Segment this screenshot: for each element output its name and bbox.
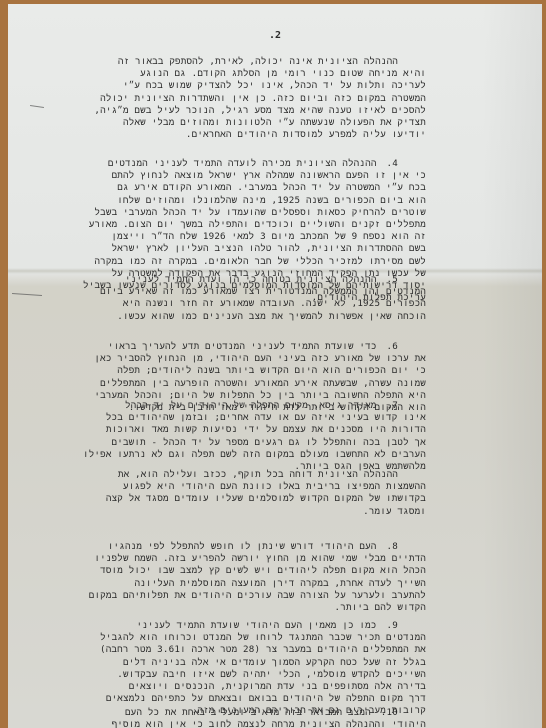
paragraph-line: הדורות היו מסכנים את עצמם על ידי נסיעות … bbox=[58, 424, 426, 436]
line-text: הוא ביום הכפורים בשנה 1925, מינה שהלמונל… bbox=[117, 195, 426, 206]
line-text: תצדיק את הפעולה שנעשתה ע״י הלטוונות ומהו… bbox=[123, 117, 426, 128]
ink-mark bbox=[30, 105, 44, 108]
paragraph-line: את ערכו של מאורע כזה בעיני העם היהודי, מ… bbox=[58, 353, 426, 365]
line-text: הערבים לא התחשבו מעולם במקום הזה לשם תפל… bbox=[83, 449, 426, 460]
paragraph-line: דרך מקום התפלה של היהודים בבואם ובצאתם ע… bbox=[58, 693, 426, 705]
paragraph-line: בקדושתו של המקום הקדוש למוסלמים שעליו עו… bbox=[58, 493, 426, 505]
paragraph-line: בדירה אלה מסתופפים בני עדת המרוקנית, הנכ… bbox=[58, 681, 426, 693]
paragraph-line: ההשמצות המפיצו בריבית באלו כוונת העם היה… bbox=[58, 481, 426, 493]
line-text: מאידך גיסא, מקום התפלה של היהודים על יד … bbox=[125, 400, 377, 411]
line-text: את ערכו של מאורע כזה בעיני העם היהודי, מ… bbox=[94, 353, 426, 364]
line-text: דרך מקום התפלה של היהודים בבואם ובצאתם ע… bbox=[106, 693, 426, 704]
line-text: כי יום הכפורים הוא היום הקדוש ביותר בשנה… bbox=[117, 365, 426, 376]
paragraph-line: יודיעו עליה למפרע למוסדות היהודים האחראי… bbox=[58, 129, 426, 141]
paragraph-line: 4.ההנהלה הציונית מכירה לועדה התמיד לענינ… bbox=[58, 158, 426, 170]
paragraph-line: 10.המצב המבואר בזה מדאיב ומעליב באחת את … bbox=[58, 707, 426, 719]
paragraph-9: 9.כמו כן מאמין העם היהודי שועדת התמיד לע… bbox=[58, 620, 426, 718]
paragraph-line: לעריכה ותלות על יד הכהל, אינו יכל להצדיק… bbox=[58, 80, 426, 92]
paragraph-line: להסכים לאיזו טענה שהיא מצד מסע רגיל, הנו… bbox=[58, 105, 426, 117]
paragraph-line: 8.העם היהודי דורש שינתן לו חופש להתפלל ל… bbox=[58, 541, 426, 553]
line-text: ההנהלה הציונית אינה יכולה, לאירת, להסתפק… bbox=[118, 56, 398, 67]
paragraph-line: בשם ההסתדרות הציונית, להור טלהו הנציב הע… bbox=[58, 243, 426, 255]
line-text: שמונה עשרה, שבשעתה אירע המאורע והשטרה הו… bbox=[100, 378, 426, 389]
line-text: לעריכה ותלות על יד הכהל, אינו יכל להצדיק… bbox=[123, 80, 426, 91]
paragraph-line: ההנהלה הציונית דוחה בכל תוקף, ככזב ועליל… bbox=[58, 469, 426, 481]
paragraph-line: מתפללים זקנים והשוליים וכוכדים והתפילה ב… bbox=[58, 219, 426, 231]
line-text: מתפללים זקנים והשוליים וכוכדים והתפילה ב… bbox=[89, 219, 426, 230]
paragraph-line: המשטרה במקום כזה וביום כזה. כן אין והשתד… bbox=[58, 93, 426, 105]
line-text: הכפורים 1925, לא ישנה. העובדה שמאורע זה … bbox=[123, 298, 426, 309]
line-text: הכהל הוא מקום תפלה ליהודים ויש לשים קץ ל… bbox=[100, 565, 426, 576]
line-text: יודיעו עליה למפרע למוסדות היהודים האחראי… bbox=[186, 129, 426, 140]
paragraph-line: השייכים להקדש מוסלמי, הכלי יתהיה לשם איז… bbox=[58, 669, 426, 681]
page-shadow bbox=[482, 4, 542, 728]
line-text: המנדטים והן הממשלה המנדטורית רצו שמאורע … bbox=[100, 286, 426, 297]
paragraph-8: 8.העם היהודי דורש שינתן לו חופש להתפלל ל… bbox=[58, 541, 426, 614]
paragraph-number: 6. bbox=[387, 341, 398, 352]
line-text: בכח ע״י המשטרה על יד הכהל במערבי. המאורע… bbox=[117, 182, 426, 193]
paragraph-line: את המתפללים היהודים במעבר צר (28 מטר ארכ… bbox=[58, 644, 426, 656]
paragraph-number: 10. bbox=[381, 707, 398, 718]
paragraph-number: 7. bbox=[387, 400, 398, 411]
line-text: בקדושתו של המקום הקדוש למוסלמים שעליו עו… bbox=[106, 493, 426, 504]
paragraph-7: 7.מאידך גיסא, מקום התפלה של היהודים על י… bbox=[58, 400, 426, 473]
paragraph-line: ומסגד עומר. bbox=[58, 506, 426, 518]
paragraph: ההנהלה הציונית אינה יכולה, לאירת, להסתפק… bbox=[58, 56, 426, 141]
line-text: בגלל זה שעל כטח הקרקע הסמוך עומדים אי אל… bbox=[123, 657, 426, 668]
line-text: ההנהלה הציונית בטוחה כי הן ועדת התמיד לע… bbox=[125, 274, 377, 285]
paragraph-number: 8. bbox=[387, 541, 398, 552]
line-text: המנדטים תכיר שכבר המתנגד לרוחו של המנדט … bbox=[100, 632, 426, 643]
paragraph-number: 4. bbox=[387, 158, 398, 169]
line-text: לשם מסירתו למזכיר הכללי של חבר הלאומים. … bbox=[94, 256, 426, 267]
line-text: בדירה אלה מסתופפים בני עדת המרוקנית, הנכ… bbox=[129, 681, 426, 692]
paragraph: ההנהלה הציונית דוחה בכל תוקף, ככזב ועליל… bbox=[58, 469, 426, 518]
paragraph-line: 7.מאידך גיסא, מקום התפלה של היהודים על י… bbox=[58, 400, 426, 412]
paragraph-line: השייך לעדה אחרת, במקרה דירן המועצה המוסל… bbox=[58, 578, 426, 590]
paragraph-line: הוא ביום הכפורים בשנה 1925, מינה שהלמונל… bbox=[58, 195, 426, 207]
paragraph-line: היהודי וההנהלה הציונית מרחה לנצמה לחוב כ… bbox=[58, 719, 426, 728]
paragraph-line: והיא מניחה שטום כנוי רומי מן הסלתג הקודם… bbox=[58, 68, 426, 80]
line-text: היהודי וההנהלה הציונית מרחה לנצמה לחוב כ… bbox=[112, 719, 426, 728]
line-text: ההנהלה הציונית מכירה לועדה התמיד לעניני … bbox=[108, 158, 377, 169]
paragraph-line: המנדטים תכיר שכבר המתנגד לרוחו של המנדט … bbox=[58, 632, 426, 644]
line-text: להסכים לאיזו טענה שהיא מצד מסע רגיל, הנו… bbox=[94, 105, 426, 116]
line-text: השייך לעדה אחרת, במקרה דירן המועצה המוסל… bbox=[134, 578, 426, 589]
paragraph-line: 5.ההנהלה הציונית בטוחה כי הן ועדת התמיד … bbox=[58, 274, 426, 286]
line-text: הדורות היו מסכנים את עצמם על ידי נסיעות … bbox=[106, 424, 426, 435]
paragraph-line: 6.כדי שועדת התמיד לעניני המנדטים תדע להע… bbox=[58, 341, 426, 353]
paragraph-line: כי יום הכפורים הוא היום הקדוש ביותר בשנה… bbox=[58, 365, 426, 377]
paragraph-10: 10.המצב המבואר בזה מדאיב ומעליב באחת את … bbox=[58, 707, 426, 728]
line-text: אינו קדוש בעיני איזה עם או עדה אחרים; וב… bbox=[106, 412, 426, 423]
paragraph-line: לשם מסירתו למזכיר הכללי של חבר הלאומים. … bbox=[58, 256, 426, 268]
line-text: כדי שועדת התמיד לעניני המנדטים תדע להערי… bbox=[108, 341, 377, 352]
paragraph-line: תצדיק את הפעולה שנעשתה ע״י הלטוונות ומהו… bbox=[58, 117, 426, 129]
line-text: שוטרים להרחיק כסאות וספסלים שהועמדו על י… bbox=[94, 207, 426, 218]
paragraph-line: בכח ע״י המשטרה על יד הכהל במערבי. המאורע… bbox=[58, 182, 426, 194]
line-text: את המתפללים היהודים במעבר צר (28 מטר ארכ… bbox=[100, 644, 426, 655]
paragraph-line: אינו קדוש בעיני איזה עם או עדה אחרים; וב… bbox=[58, 412, 426, 424]
paragraph-line: בגלל זה שעל כטח הקרקע הסמוך עומדים אי אל… bbox=[58, 657, 426, 669]
document-page: .2 ההנהלה הציונית אינה יכולה, לאירת, להס… bbox=[8, 4, 542, 728]
page-number: .2 bbox=[8, 30, 542, 41]
line-text: כי אין זו הפעם הראשונה שמהלה ארץ ישראל מ… bbox=[112, 170, 426, 181]
line-text: ההשמצות המפיצו בריבית באלו כוונת העם היה… bbox=[123, 481, 426, 492]
paragraph-line: הערבים לא התחשבו מעולם במקום הזה לשם תפל… bbox=[58, 449, 426, 461]
paragraph-line: הקדוש להם ביותר. bbox=[58, 602, 426, 614]
paragraph-line: 9.כמו כן מאמין העם היהודי שועדת התמיד לע… bbox=[58, 620, 426, 632]
paragraph-line: זה הוא נספח 9 של המכתב מיום 3 למאי 1926 … bbox=[58, 231, 426, 243]
line-text: זה הוא נספח 9 של המכתב מיום 3 למאי 1926 … bbox=[111, 231, 426, 242]
paragraph-line: שמונה עשרה, שבשעתה אירע המאורע והשטרה הו… bbox=[58, 378, 426, 390]
ink-mark bbox=[12, 293, 42, 296]
paragraph-line: להתערב ולערער על הצורה שבה עורכים היהודי… bbox=[58, 590, 426, 602]
paragraph-5: 5.ההנהלה הציונית בטוחה כי הן ועדת התמיד … bbox=[58, 274, 426, 323]
line-text: והיא מניחה שטום כנוי רומי מן הסלתג הקודם… bbox=[140, 68, 426, 79]
paragraph-number: 9. bbox=[387, 620, 398, 631]
line-text: הוכחה שאין אפשרות להמשיך את מצב הענינים … bbox=[117, 311, 426, 322]
line-text: כמו כן מאמין העם היהודי שועדת התמיד לעני… bbox=[136, 620, 376, 631]
paragraph-line: הכהל הוא מקום תפלה ליהודים ויש לשים קץ ל… bbox=[58, 565, 426, 577]
line-text: הדתיים מבלי שמי שהוא מן החוץ יורשה להפרי… bbox=[94, 553, 426, 564]
paragraph-line: אך לטבן בכה והתפלל לו גם רגעים מספר על י… bbox=[58, 437, 426, 449]
line-text: ומסגד עומר. bbox=[363, 506, 426, 517]
paragraph-line: ההנהלה הציונית אינה יכולה, לאירת, להסתפק… bbox=[58, 56, 426, 68]
line-text: בשם ההסתדרות הציונית, להור טלהו הנציב הע… bbox=[112, 243, 426, 254]
line-text: העם היהודי דורש שינתן לו חופש להתפלל לפי… bbox=[108, 541, 377, 552]
paragraph-line: כי אין זו הפעם הראשונה שמהלה ארץ ישראל מ… bbox=[58, 170, 426, 182]
line-text: ההנהלה הציונית דוחה בכל תוקף, ככזב ועליל… bbox=[118, 469, 398, 480]
line-text: הקדוש להם ביותר. bbox=[335, 602, 426, 613]
paragraph-line: שוטרים להרחיק כסאות וספסלים שהועמדו על י… bbox=[58, 207, 426, 219]
line-text: השייכים להקדש מוסלמי, הכלי יתהיה לשם איז… bbox=[117, 669, 426, 680]
paragraph-line: המנדטים והן הממשלה המנדטורית רצו שמאורע … bbox=[58, 286, 426, 298]
line-text: המשטרה במקום כזה וביום כזה. כן אין והשתד… bbox=[100, 93, 426, 104]
line-text: המצב המבואר בזה מדאיב ומעליב באחת את כל … bbox=[125, 707, 371, 718]
line-text: אך לטבן בכה והתפלל לו גם רגעים מספר על י… bbox=[112, 437, 426, 448]
paragraph-number: 5. bbox=[387, 274, 398, 285]
paragraph-line: הכפורים 1925, לא ישנה. העובדה שמאורע זה … bbox=[58, 298, 426, 310]
paragraph-line: הוכחה שאין אפשרות להמשיך את מצב הענינים … bbox=[58, 311, 426, 323]
line-text: להתערב ולערער על הצורה שבה עורכים היהודי… bbox=[89, 590, 426, 601]
paragraph-line: הדתיים מבלי שמי שהוא מן החוץ יורשה להפרי… bbox=[58, 553, 426, 565]
